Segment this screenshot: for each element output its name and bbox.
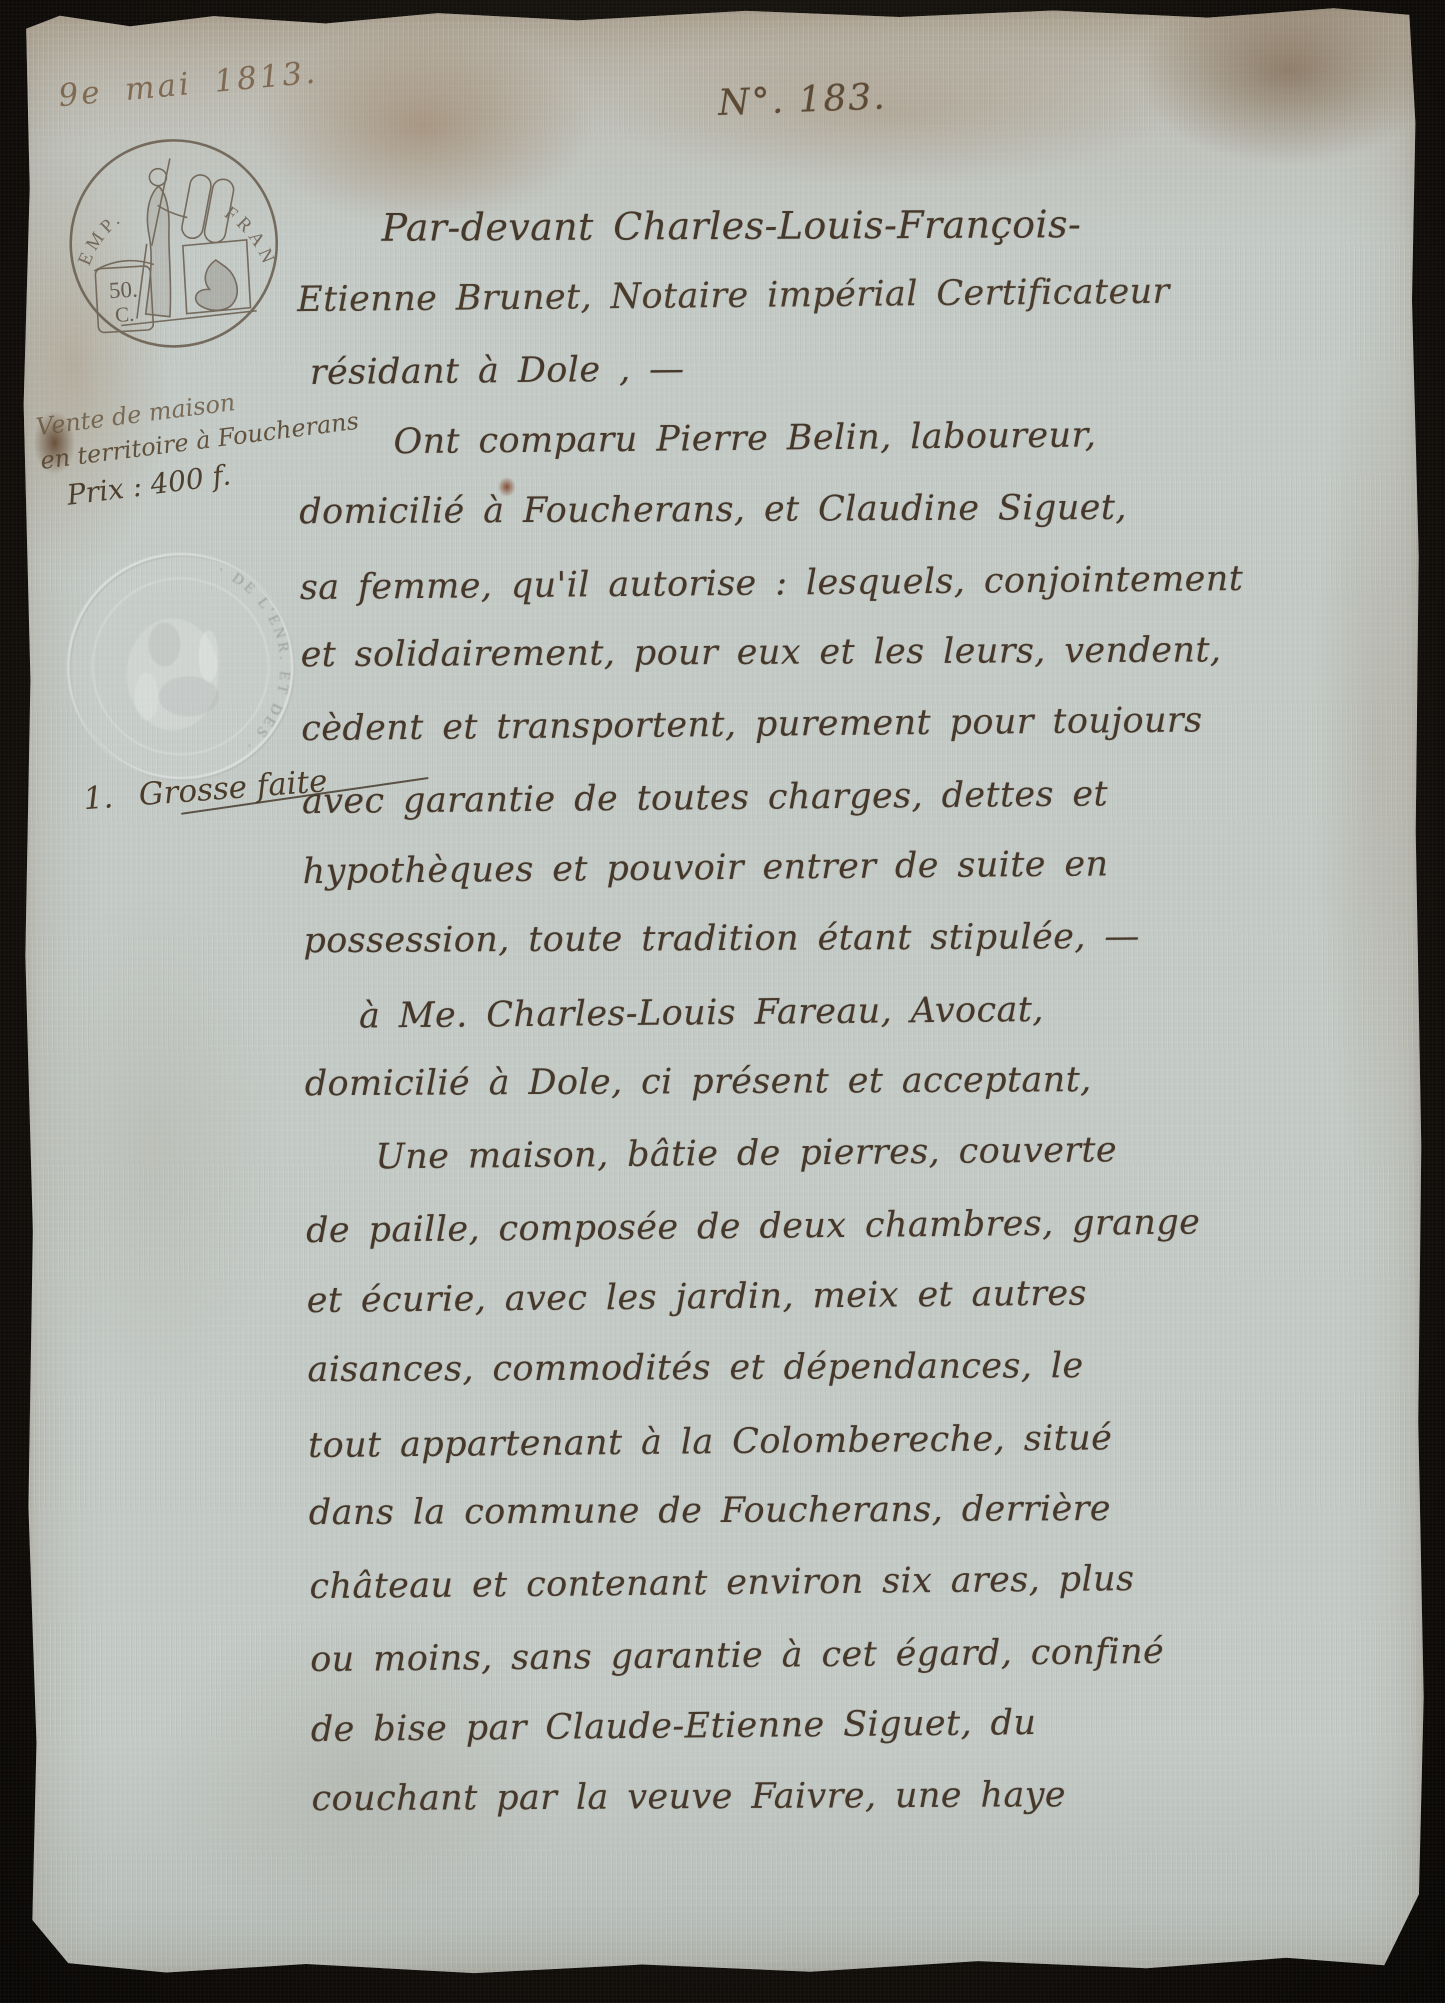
manuscript-line: Par-devant Charles-Louis-François- — [296, 202, 1158, 278]
stamp-value-text-2: C. — [114, 302, 135, 327]
stain-top-center — [253, 23, 594, 229]
manuscript-line: Une maison, bâtie de pierres, couverte — [305, 1129, 1168, 1209]
stain-top-right-corner — [1138, 0, 1439, 166]
date-annotation: 9e mai 1813. — [57, 54, 320, 114]
act-number: N°. 183. — [717, 76, 887, 124]
manuscript-line: possession, toute tradition étant stipul… — [303, 917, 1165, 993]
act-body-text: Par-devant Charles-Louis-François-Etienn… — [296, 200, 1174, 1853]
manuscript-line: domicilié à Dole, ci présent et acceptan… — [305, 1060, 1167, 1136]
manuscript-line: et écurie, avec les jardin, meix et autr… — [307, 1272, 1170, 1352]
svg-text:EMP.: EMP. — [71, 206, 129, 269]
manuscript-line: couchant par la veuve Faivre, une haye — [312, 1775, 1174, 1851]
stamp-value-text: 50. — [108, 277, 138, 304]
grosse-note-number: 1. — [82, 779, 114, 817]
manuscript-line: et solidairement, pour eux et les leurs,… — [301, 631, 1163, 707]
manuscript-line: ou moins, sans garantie à cet égard, con… — [310, 1632, 1173, 1712]
manuscript-line: Etienne Brunet, Notaire impérial Certifi… — [297, 271, 1160, 351]
manuscript-line: Ont comparu Pierre Belin, laboureur, — [298, 414, 1161, 494]
eagle-shield-icon — [194, 259, 239, 312]
manuscript-line: avec garantie de toutes charges, dettes … — [302, 774, 1165, 854]
stain-mid-left — [22, 890, 284, 1411]
manuscript-line: de bise par Claude-Etienne Siguet, du — [311, 1701, 1174, 1781]
manuscript-line: sa femme, qu'il autorise : lesquels, con… — [300, 559, 1163, 639]
allegory-figure-icon — [88, 154, 257, 333]
stain-top-band — [608, 36, 1169, 188]
manuscript-line: à Me. Charles-Louis Fareau, Avocat, — [304, 988, 1167, 1068]
photo-background: 9e mai 1813. N°. 183. EMP. FRAN. — [0, 0, 1445, 2003]
manuscript-line: résidant à Dole , — — [298, 345, 1161, 425]
manuscript-line: de paille, composée de deux chambres, gr… — [306, 1203, 1169, 1283]
manuscript-line: hypothèques et pouvoir entrer de suite e… — [302, 843, 1165, 923]
manuscript-line: cèdent et transportent, purement pour to… — [301, 700, 1164, 780]
embossed-seal-icon: · DE L'ENR. ET DES · — [60, 546, 301, 787]
manuscript-line: château et contenant environ six ares, p… — [309, 1558, 1172, 1638]
manuscript-line: domicilié à Foucherans, et Claudine Sigu… — [299, 488, 1161, 564]
manuscript-line: aisances, commodités et dépendances, le — [307, 1346, 1169, 1422]
stamp-arc-text-left: EMP. — [71, 206, 129, 269]
fiscal-stamp-icon: EMP. FRAN. 50. — [57, 126, 291, 360]
seal-figure-relief — [126, 618, 218, 730]
document-paper: 9e mai 1813. N°. 183. EMP. FRAN. — [18, 5, 1427, 1979]
manuscript-line: dans la commune de Foucherans, derrière — [309, 1489, 1171, 1565]
margin-sale-note: Vente de maisonen territoire à Foucheran… — [34, 375, 325, 515]
stain-right-edge — [1309, 305, 1443, 1206]
manuscript-line: tout appartenant à la Colombereche, situ… — [308, 1417, 1171, 1497]
